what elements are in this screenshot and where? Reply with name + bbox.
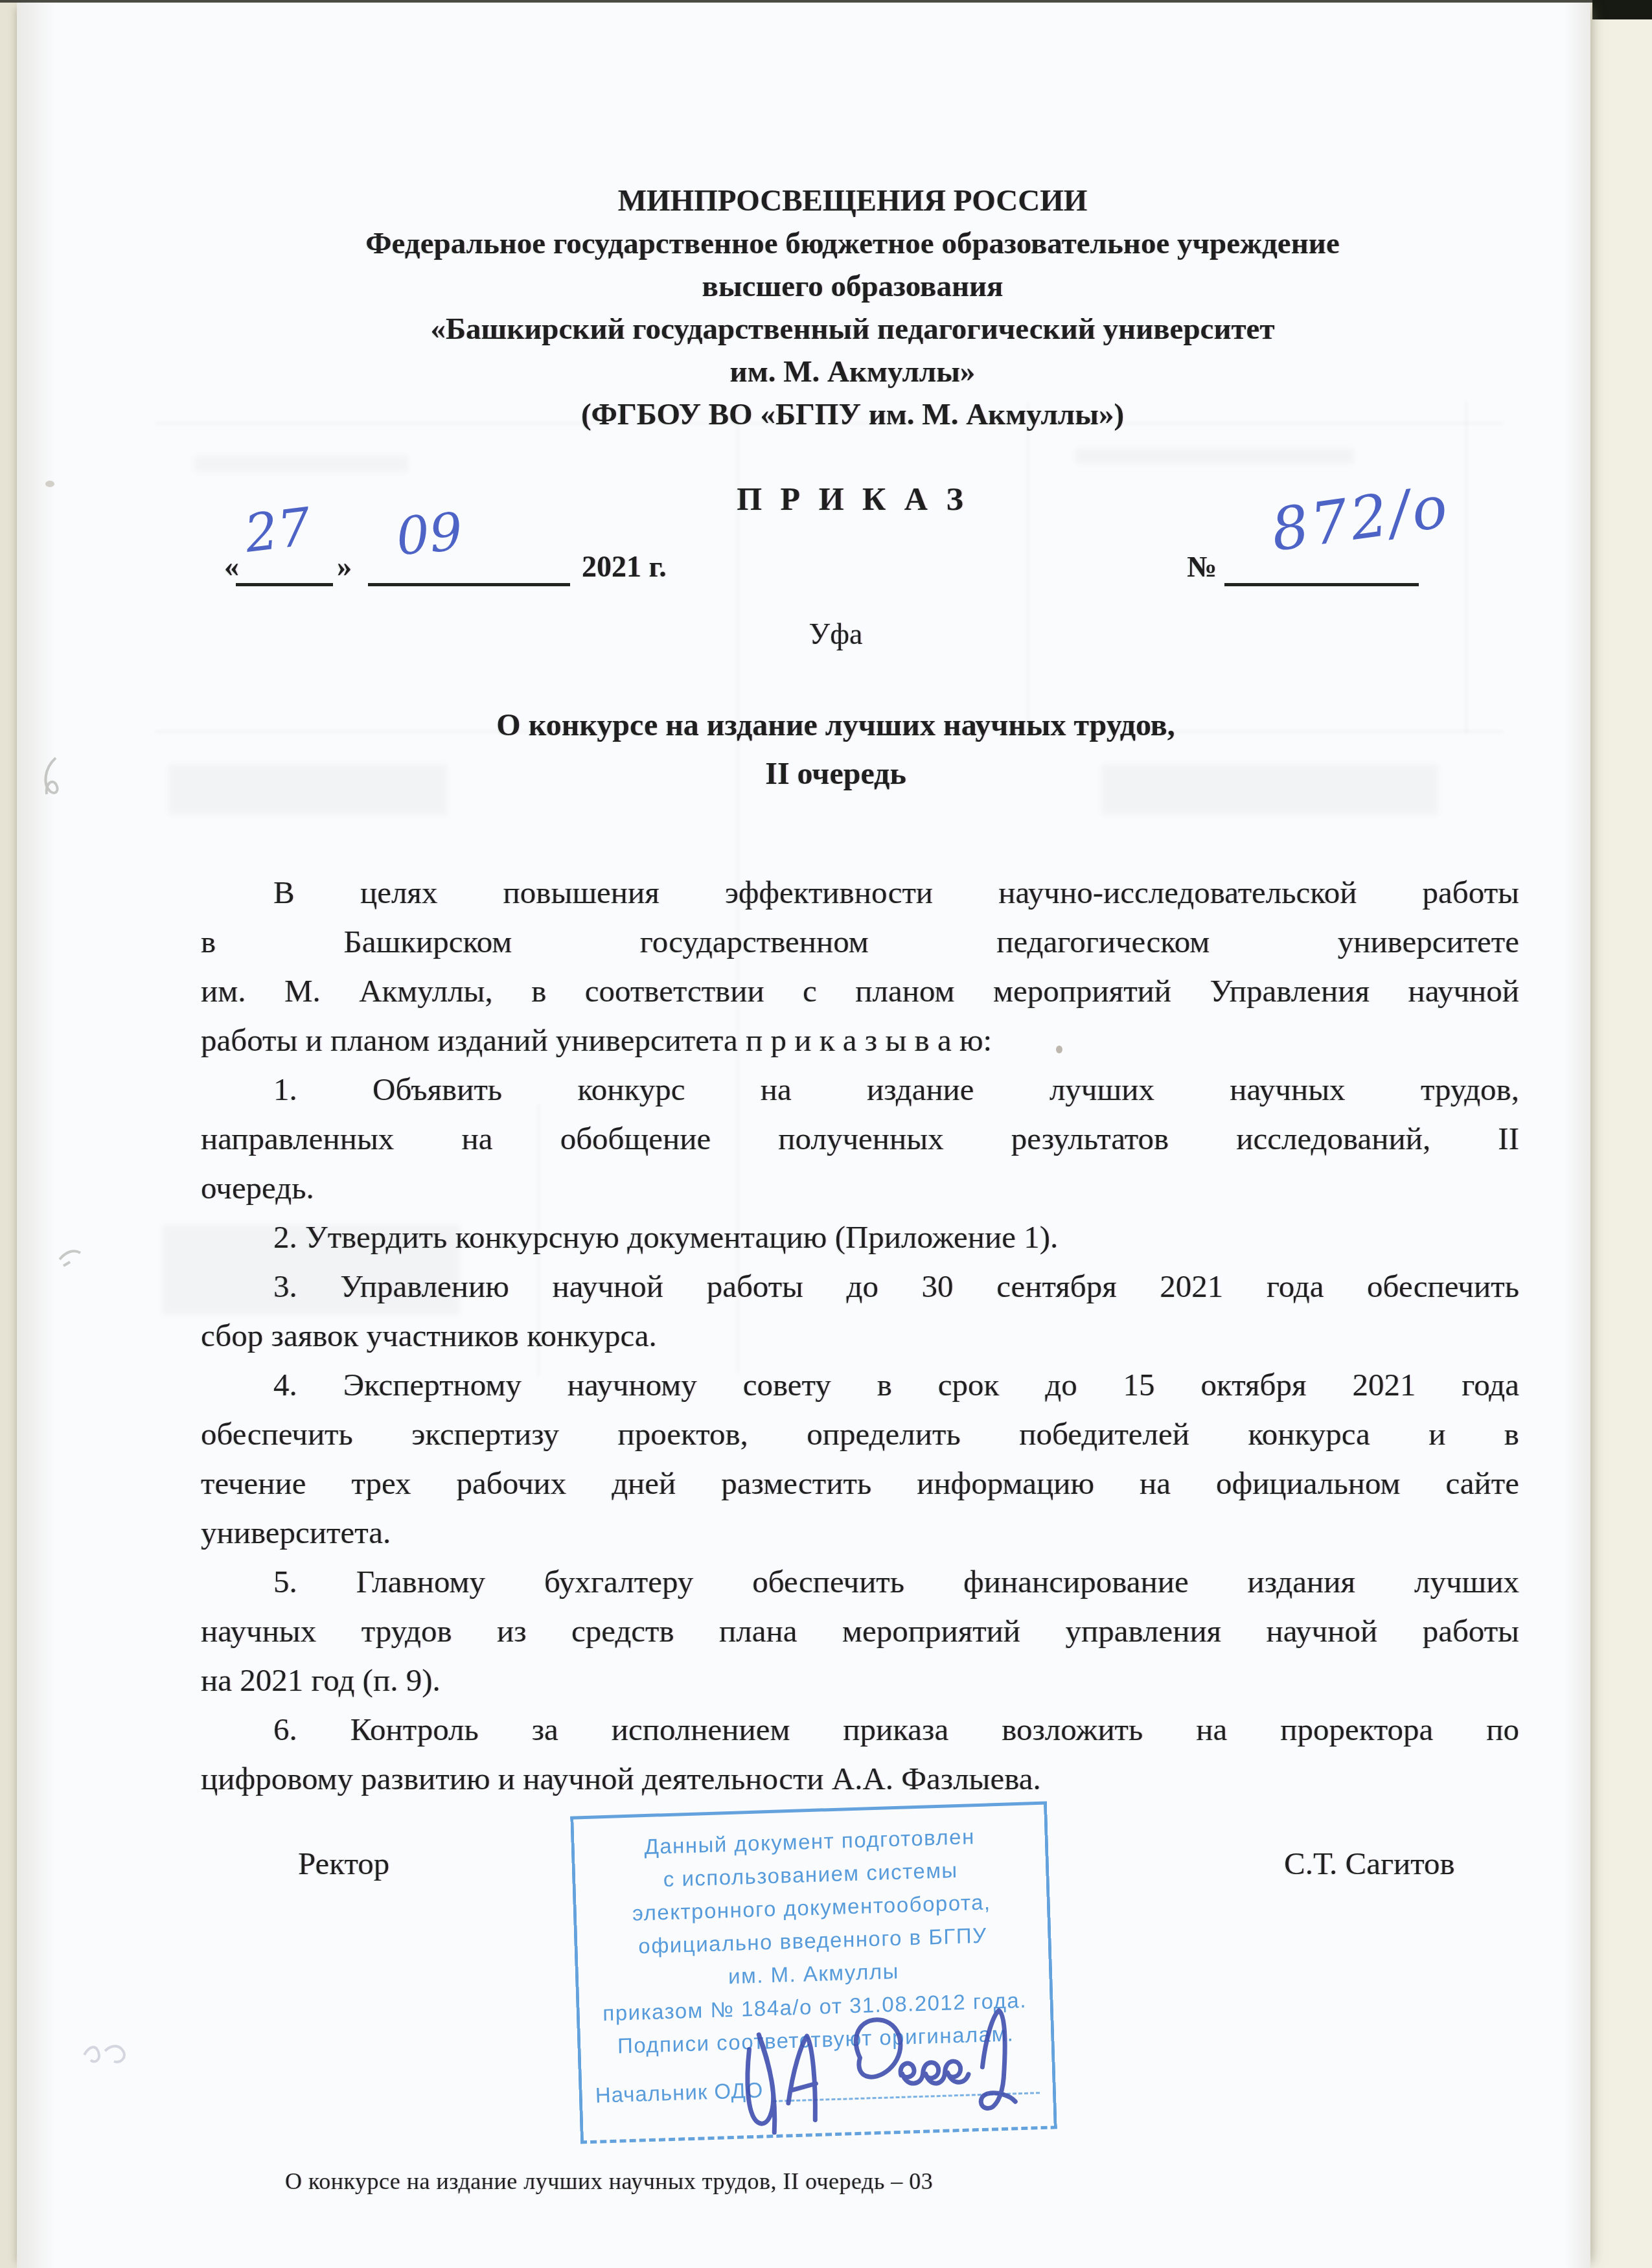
body-line-item-4: 4. Экспертному научному совету в срок до…	[201, 1360, 1519, 1410]
body-line: на 2021 год (п. 9).	[201, 1656, 1519, 1705]
bleedthrough-text-smear	[194, 456, 408, 472]
pencil-mark	[79, 2029, 137, 2074]
date-close-quote: »	[337, 549, 352, 584]
scan-speck	[45, 481, 54, 487]
pencil-mark	[54, 1233, 93, 1272]
body-line: университета.	[201, 1508, 1519, 1557]
body-line: цифровому развитию и научной деятельност…	[201, 1754, 1519, 1804]
order-title-line: О конкурсе на издание лучших научных тру…	[162, 701, 1509, 750]
ink-signature	[726, 1969, 1059, 2160]
pencil-mark	[36, 754, 66, 810]
letterhead-line: Федеральное государственное бюджетное об…	[179, 222, 1526, 265]
handwritten-month: 09	[394, 501, 465, 567]
body-line: научных трудов из средств плана мероприя…	[201, 1607, 1519, 1656]
body-line: направленных на обобщение полученных рез…	[201, 1114, 1519, 1163]
letterhead-line: им. М. Акмуллы»	[179, 350, 1526, 393]
scanner-background-right	[1595, 0, 1652, 2268]
body-line: им. М. Акмуллы, в соответствии с планом …	[201, 967, 1519, 1016]
body-line: течение трех рабочих дней разместить инф…	[201, 1459, 1519, 1508]
signer-name: С.Т. Сагитов	[1284, 1845, 1455, 1882]
page-right-shadow	[1565, 3, 1590, 2268]
order-title: О конкурсе на издание лучших научных тру…	[162, 701, 1509, 798]
body-line-item-3: 3. Управлению научной работы до 30 сентя…	[201, 1262, 1519, 1311]
city-name: Уфа	[162, 617, 1509, 651]
date-year: 2021 г.	[582, 549, 667, 584]
body-line: обеспечить экспертизу проектов, определи…	[201, 1410, 1519, 1459]
handwritten-day: 27	[242, 496, 314, 564]
body-line: работы и планом изданий университета п р…	[201, 1016, 1519, 1065]
scanner-edge-corner-bar	[1592, 0, 1652, 19]
footer-reference: О конкурсе на издание лучших научных тру…	[285, 2168, 933, 2195]
page-left-shadow	[17, 3, 56, 2268]
signer-role: Ректор	[298, 1845, 389, 1882]
order-title-line: II очередь	[162, 750, 1509, 798]
body-line: сбор заявок участников конкурса.	[201, 1311, 1519, 1360]
scanner-background-left	[0, 0, 17, 2268]
letterhead: МИНПРОСВЕЩЕНИЯ РОССИИ Федеральное госуда…	[179, 179, 1526, 436]
body-line: В целях повышения эффективности научно-и…	[201, 868, 1519, 917]
body-line-item-6: 6. Контроль за исполнением приказа возло…	[201, 1705, 1519, 1754]
body-line-item-1: 1. Объявить конкурс на издание лучших на…	[201, 1065, 1519, 1114]
scanned-document: МИНПРОСВЕЩЕНИЯ РОССИИ Федеральное госуда…	[0, 0, 1652, 2268]
letterhead-line: «Башкирский государственный педагогическ…	[179, 308, 1526, 350]
letterhead-line: МИНПРОСВЕЩЕНИЯ РОССИИ	[179, 179, 1526, 222]
body-line-item-5: 5. Главному бухгалтеру обеспечить финанс…	[201, 1557, 1519, 1607]
order-body: В целях повышения эффективности научно-и…	[201, 868, 1519, 1804]
letterhead-line: (ФГБОУ ВО «БГПУ им. М. Акмуллы»)	[179, 393, 1526, 436]
order-number-sign: №	[1187, 549, 1217, 584]
body-line: в Башкирском государственном педагогичес…	[201, 917, 1519, 967]
bleedthrough-text-smear	[1075, 448, 1354, 464]
body-line-item-2: 2. Утвердить конкурсную документацию (Пр…	[201, 1213, 1519, 1262]
letterhead-line: высшего образования	[179, 265, 1526, 308]
body-line: очередь.	[201, 1163, 1519, 1213]
